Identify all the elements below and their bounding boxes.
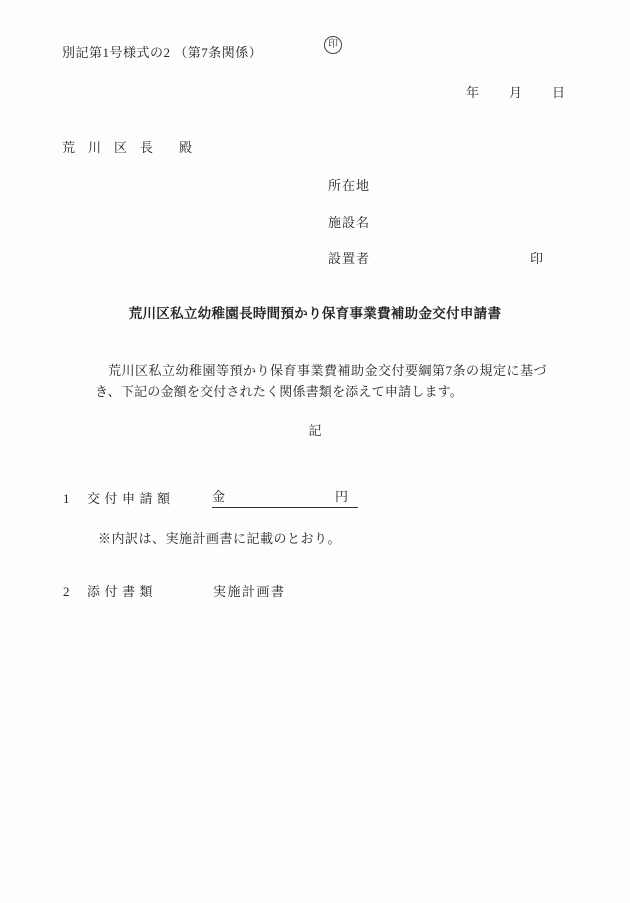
amount-suffix-label: 円 <box>335 489 348 504</box>
founder-seal-label: 印 <box>530 251 544 266</box>
year-label: 年 <box>466 85 479 100</box>
document-title: 荒川区私立幼稚園長時間預かり保育事業費補助金交付申請書 <box>0 306 630 321</box>
item-1-label-grant-amount: 交付申請額 <box>87 491 175 506</box>
body-paragraph-line1: 荒川区私立幼稚園等預かり保育事業費補助金交付要綱第7条の規定に基づ <box>95 363 547 378</box>
amount-fill-in-field: 金 円 <box>212 489 358 508</box>
item-1-number: 1 <box>63 491 70 506</box>
month-label: 月 <box>509 85 522 100</box>
item-1-breakdown-note: ※内訳は、実施計画書に記載のとおり。 <box>98 531 341 546</box>
day-label: 日 <box>552 85 565 100</box>
item-2-label-attachments: 添付書類 <box>87 584 157 599</box>
form-number: 別記第1号様式の2 （第7条関係） <box>62 45 262 60</box>
item-2-number: 2 <box>63 584 70 599</box>
founder-label: 設置者 <box>328 251 370 266</box>
facility-name-label: 施設名 <box>328 215 370 230</box>
address-label: 所在地 <box>328 178 370 193</box>
amount-prefix-label: 金 <box>212 489 225 504</box>
body-paragraph-line2: き、下記の金額を交付されたく関係書類を添えて申請します。 <box>95 384 463 399</box>
date-line: 年 月 日 <box>466 85 565 100</box>
addressee: 荒 川 区 長 殿 <box>62 140 192 155</box>
circled-seal-icon: 印 <box>324 36 342 54</box>
item-2-value-implementation-plan: 実施計画書 <box>213 584 286 599</box>
application-form-page: 別記第1号様式の2 （第7条関係） 印 年 月 日 荒 川 区 長 殿 所在地 … <box>0 0 630 903</box>
circled-seal-label: 印 <box>328 40 338 50</box>
record-heading: 記 <box>0 423 630 438</box>
